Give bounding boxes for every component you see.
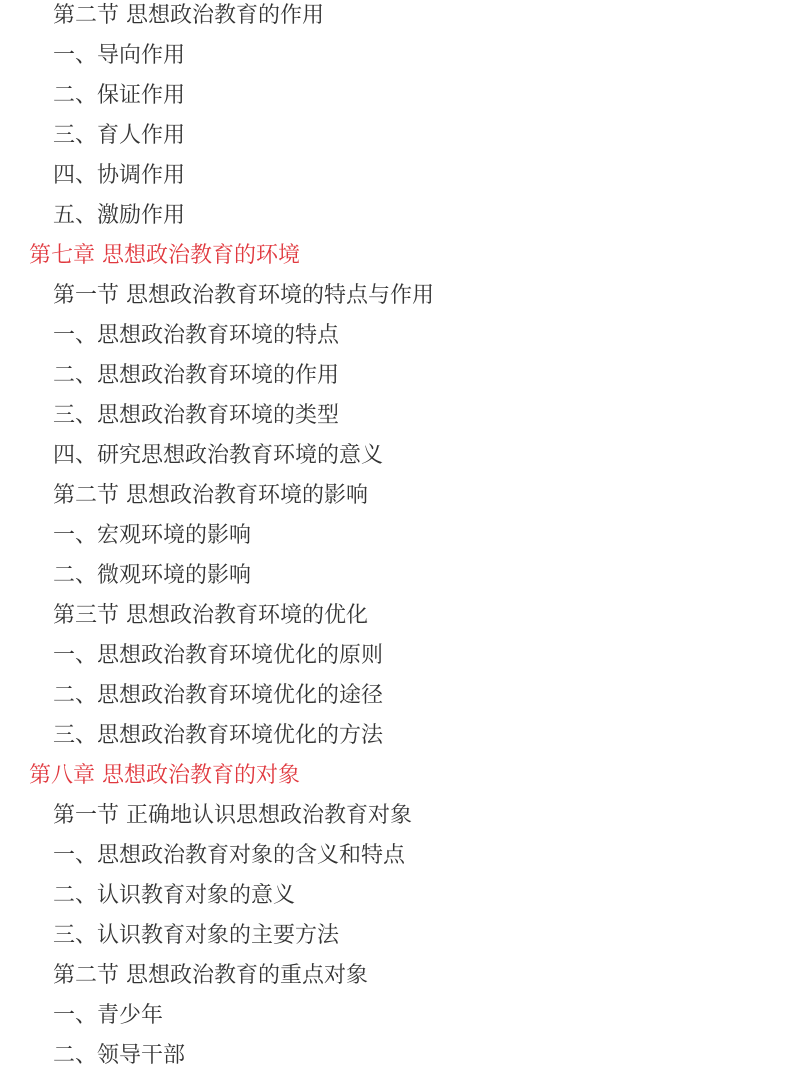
toc-item: 五、激励作用 [0,196,790,236]
toc-item: 四、研究思想政治教育环境的意义 [0,436,790,476]
toc-item: 一、思想政治教育环境的特点 [0,316,790,356]
toc-section: 第一节 正确地认识思想政治教育对象 [0,796,790,836]
toc-section: 第二节 思想政治教育的作用 [0,0,790,36]
toc-item: 二、思想政治教育环境优化的途径 [0,676,790,716]
toc-item: 二、思想政治教育环境的作用 [0,356,790,396]
toc-section: 第二节 思想政治教育环境的影响 [0,476,790,516]
toc-item: 一、青少年 [0,996,790,1036]
toc-section: 第一节 思想政治教育环境的特点与作用 [0,276,790,316]
toc-item: 二、领导干部 [0,1036,790,1076]
toc-item: 一、导向作用 [0,36,790,76]
toc-item: 二、微观环境的影响 [0,556,790,596]
toc-item: 三、思想政治教育环境优化的方法 [0,716,790,756]
toc-item: 四、协调作用 [0,156,790,196]
toc-item: 一、思想政治教育对象的含义和特点 [0,836,790,876]
toc-item: 一、思想政治教育环境优化的原则 [0,636,790,676]
toc-item: 三、认识教育对象的主要方法 [0,916,790,956]
toc-item: 三、思想政治教育环境的类型 [0,396,790,436]
toc-item: 一、宏观环境的影响 [0,516,790,556]
toc-item: 二、认识教育对象的意义 [0,876,790,916]
toc-item: 三、育人作用 [0,116,790,156]
toc-chapter-heading: 第八章 思想政治教育的对象 [0,756,790,796]
toc-chapter-heading: 第七章 思想政治教育的环境 [0,236,790,276]
toc-section: 第三节 思想政治教育环境的优化 [0,596,790,636]
toc-section: 第二节 思想政治教育的重点对象 [0,956,790,996]
toc-item: 二、保证作用 [0,76,790,116]
table-of-contents: 第二节 思想政治教育的作用 一、导向作用 二、保证作用 三、育人作用 四、协调作… [0,0,790,1076]
